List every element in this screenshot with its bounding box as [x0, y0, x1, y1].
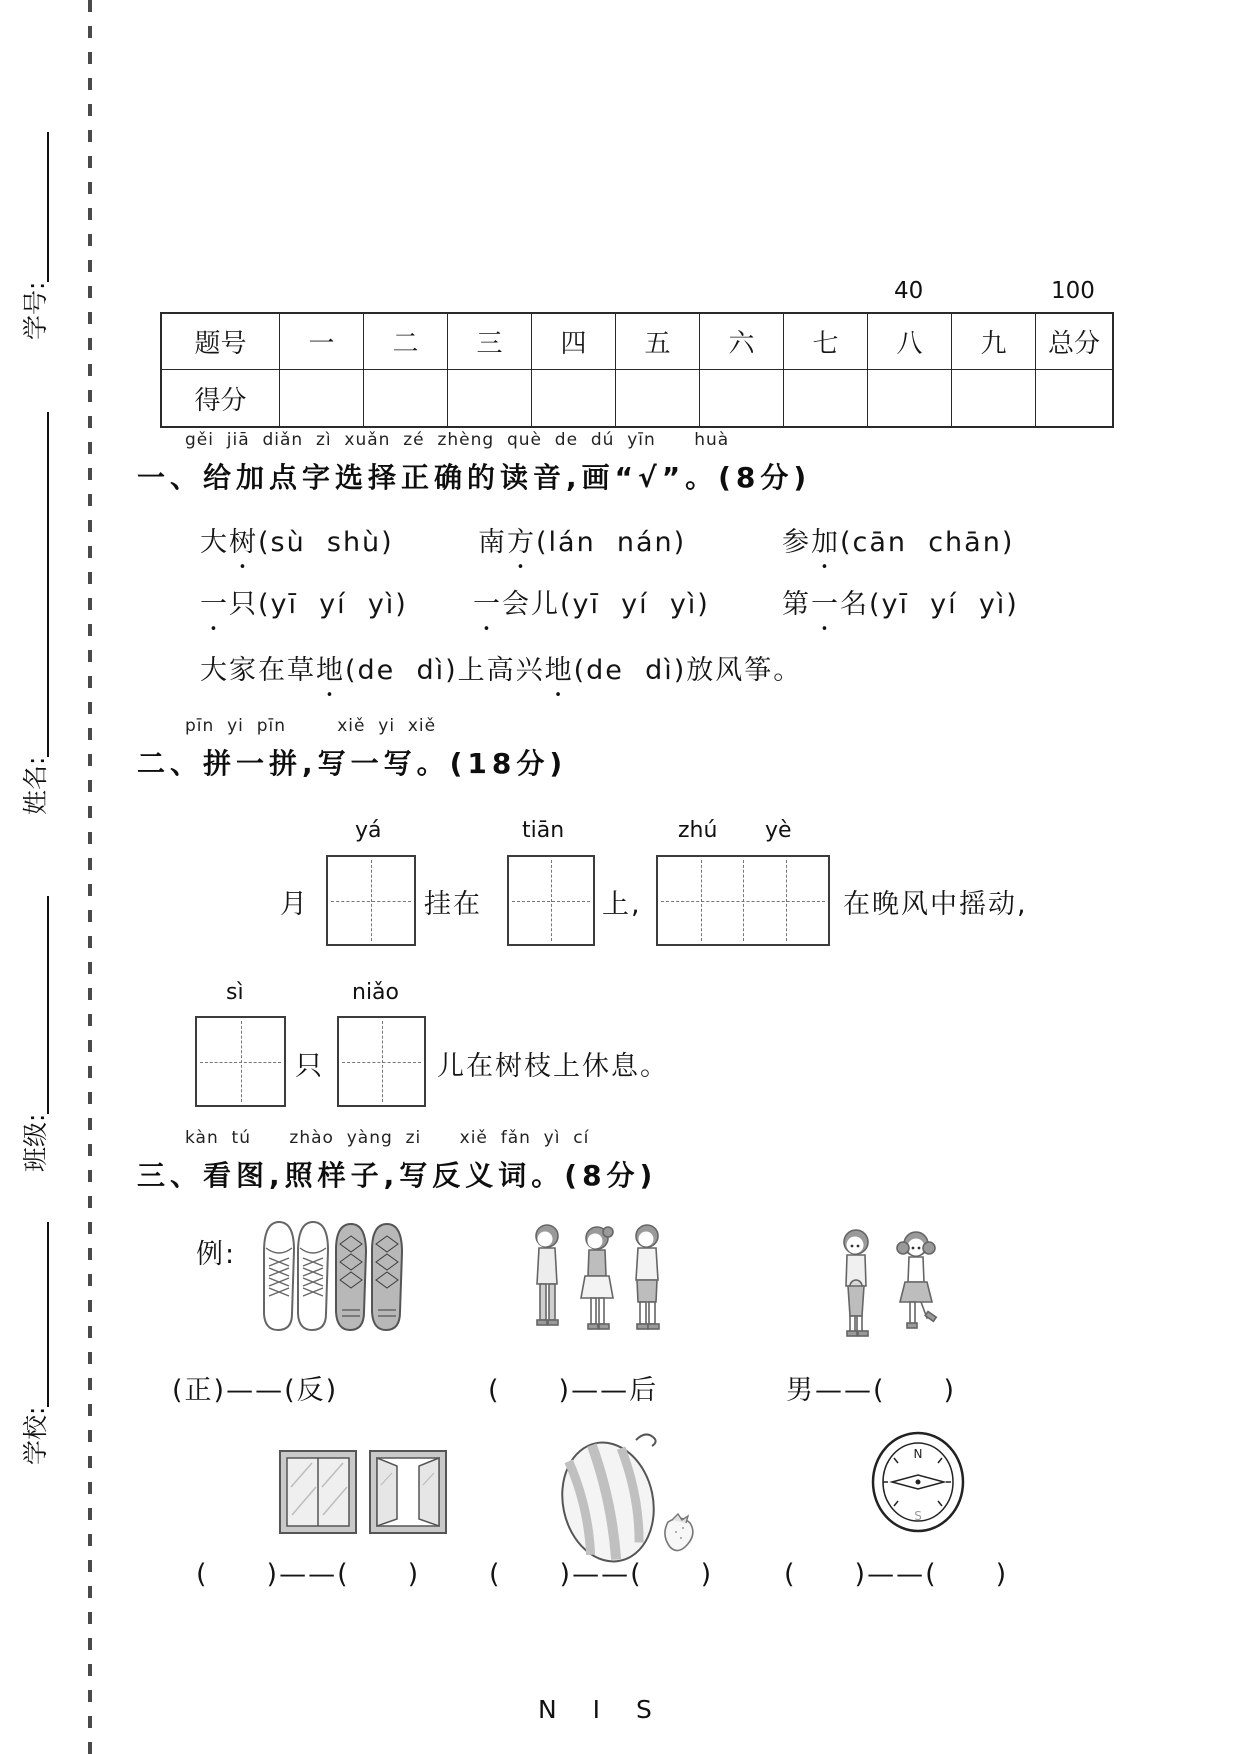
score-value-cell	[784, 370, 868, 426]
q1-text: 只	[229, 589, 258, 620]
box-guide-line	[342, 1062, 421, 1063]
example-label: 例:	[196, 1232, 236, 1271]
q1-options: (yī yí yì)	[258, 589, 408, 620]
q3-answer-pair: ( )——( )	[196, 1552, 420, 1591]
score-value-cell	[868, 370, 952, 426]
q1-item: 第一名(yī yí yì)	[782, 582, 1019, 621]
q1-options: (sù shù)	[258, 527, 394, 558]
q1-text: 大家在草	[200, 655, 316, 686]
score-header-cell: 四	[532, 314, 616, 370]
score-header-cell: 六	[700, 314, 784, 370]
footer-code: N I S	[538, 1695, 666, 1724]
children-front-back-image	[525, 1218, 675, 1343]
writing-box	[195, 1016, 286, 1107]
q1-item: 一会儿(yī yí yì)	[473, 582, 710, 621]
q1-options: (lán nán)	[536, 527, 686, 558]
q3-answer-pair: ( )——( )	[489, 1552, 713, 1591]
section1-title: 一、给加点字选择正确的读音,画“√”。(8分)	[137, 456, 811, 496]
score-value-cell	[1036, 370, 1112, 426]
q3-answer-pair: ( )——后	[488, 1368, 658, 1407]
name-label: 姓名:	[21, 757, 50, 815]
score-header-cell: 七	[784, 314, 868, 370]
shoes-image	[252, 1212, 412, 1342]
sidebar-field-name: 姓名:	[16, 412, 52, 815]
score-value-cell	[448, 370, 532, 426]
q1-dotted-char: 树	[229, 520, 258, 559]
writing-box-pinyin-label: zhú	[678, 818, 717, 843]
score-value-cell	[532, 370, 616, 426]
q1-dotted-char: 一	[200, 582, 229, 621]
q1-item: 一只(yī yí yì)	[200, 582, 408, 621]
writing-box-double	[656, 855, 830, 946]
compass-image: N S	[870, 1430, 966, 1534]
compass-north-label: N	[914, 1447, 923, 1461]
class-blank-line	[22, 896, 49, 1114]
score-header-cell: 二	[364, 314, 448, 370]
q1-item: 大树(sù shù)	[200, 520, 394, 559]
student-id-blank-line	[22, 132, 49, 282]
score-header-cell: 总分	[1036, 314, 1112, 370]
score-row-label: 得分	[162, 370, 280, 426]
box-guide-line	[200, 1062, 281, 1063]
watermelon-strawberry-image	[556, 1428, 706, 1568]
school-blank-line	[22, 1222, 49, 1407]
q3-answer-pair: (正)——(反)	[172, 1368, 338, 1407]
q1-text: (de dì)上高兴	[345, 655, 545, 686]
q1-sentence: 大家在草地(de dì)上高兴地(de dì)放风筝。	[200, 648, 802, 687]
score-header-cell: 题号	[162, 314, 280, 370]
q2-text: 月	[280, 882, 309, 921]
writing-box-pinyin-label: yá	[355, 818, 382, 843]
school-label: 学校:	[21, 1407, 50, 1465]
q1-text: (de dì)放风筝。	[574, 655, 803, 686]
q1-dotted-char: 地	[316, 648, 345, 687]
score-value-cell	[616, 370, 700, 426]
boy-girl-image	[828, 1224, 956, 1342]
box-guide-line	[331, 901, 411, 902]
q2-text: 儿在树枝上休息。	[437, 1044, 669, 1083]
q1-text: 第	[782, 589, 811, 620]
q1-dotted-char: 方	[507, 520, 536, 559]
score-header-cell: 九	[952, 314, 1036, 370]
section3-title: 三、看图,照样子,写反义词。(8分)	[137, 1154, 657, 1194]
score-header-cell: 三	[448, 314, 532, 370]
writing-box-pinyin-label: niǎo	[352, 980, 399, 1005]
q1-item: 参加(cān chān)	[782, 520, 1014, 559]
class-label: 班级:	[21, 1114, 50, 1172]
score-header-cell: 八	[868, 314, 952, 370]
q3-answer-pair: ( )——( )	[784, 1552, 1008, 1591]
test-paper-page: 学号: 姓名: 班级: 学校: 40 100 题号 一 二 三 四 五 六 七 …	[0, 0, 1241, 1754]
binding-dashed-line	[88, 0, 92, 1754]
q2-text: 挂在	[424, 882, 482, 921]
name-blank-line	[22, 412, 49, 757]
box-guide-line	[661, 901, 825, 902]
window-closed-open-image	[278, 1445, 448, 1541]
sidebar-field-student-id: 学号:	[16, 132, 52, 340]
q1-text: 南	[478, 527, 507, 558]
score-header-cell: 五	[616, 314, 700, 370]
q1-dotted-char: 一	[473, 582, 502, 621]
q1-dotted-char: 一	[811, 582, 840, 621]
section2-pinyin: pīn yi pīn xiě yi xiě	[185, 716, 436, 736]
q1-options: (cān chān)	[840, 527, 1014, 558]
student-id-label: 学号:	[21, 282, 50, 340]
section3-pinyin: kàn tú zhào yàng zi xiě fǎn yì cí	[185, 1128, 589, 1148]
q1-dotted-char: 地	[545, 648, 574, 687]
q3-answer-pair: 男——( )	[786, 1368, 956, 1407]
score-header-cell: 一	[280, 314, 364, 370]
q1-dotted-char: 加	[811, 520, 840, 559]
q2-text: 在晚风中摇动,	[843, 882, 1028, 921]
writing-box-pinyin-label: tiān	[522, 818, 564, 843]
writing-box	[337, 1016, 426, 1107]
writing-box-pinyin-label: sì	[226, 980, 244, 1005]
writing-box	[507, 855, 595, 946]
q1-options: (yī yí yì)	[560, 589, 710, 620]
score-value-cell	[280, 370, 364, 426]
compass-south-label: S	[914, 1509, 922, 1523]
score-table: 题号 一 二 三 四 五 六 七 八 九 总分 得分	[160, 312, 1114, 428]
score-value-cell	[700, 370, 784, 426]
score-value-cell	[952, 370, 1036, 426]
q1-text: 名	[840, 589, 869, 620]
section1-pinyin: gěi jiā diǎn zì xuǎn zé zhèng què de dú …	[185, 430, 729, 450]
q2-text: 只	[295, 1044, 324, 1083]
q1-text: 参	[782, 527, 811, 558]
mark-hundred: 100	[1051, 278, 1095, 304]
q2-text: 上,	[602, 882, 642, 921]
writing-box-pinyin-label: yè	[765, 818, 792, 843]
score-value-cell	[364, 370, 448, 426]
q1-text: 大	[200, 527, 229, 558]
section2-title: 二、拼一拼,写一写。(18分)	[137, 742, 567, 782]
q1-text: 会儿	[502, 589, 560, 620]
q1-options: (yī yí yì)	[869, 589, 1019, 620]
writing-box	[326, 855, 416, 946]
sidebar-field-school: 学校:	[16, 1222, 52, 1465]
mark-forty: 40	[894, 278, 923, 304]
box-guide-line	[512, 901, 590, 902]
q1-item: 南方(lán nán)	[478, 520, 686, 559]
sidebar-field-class: 班级:	[16, 896, 52, 1172]
